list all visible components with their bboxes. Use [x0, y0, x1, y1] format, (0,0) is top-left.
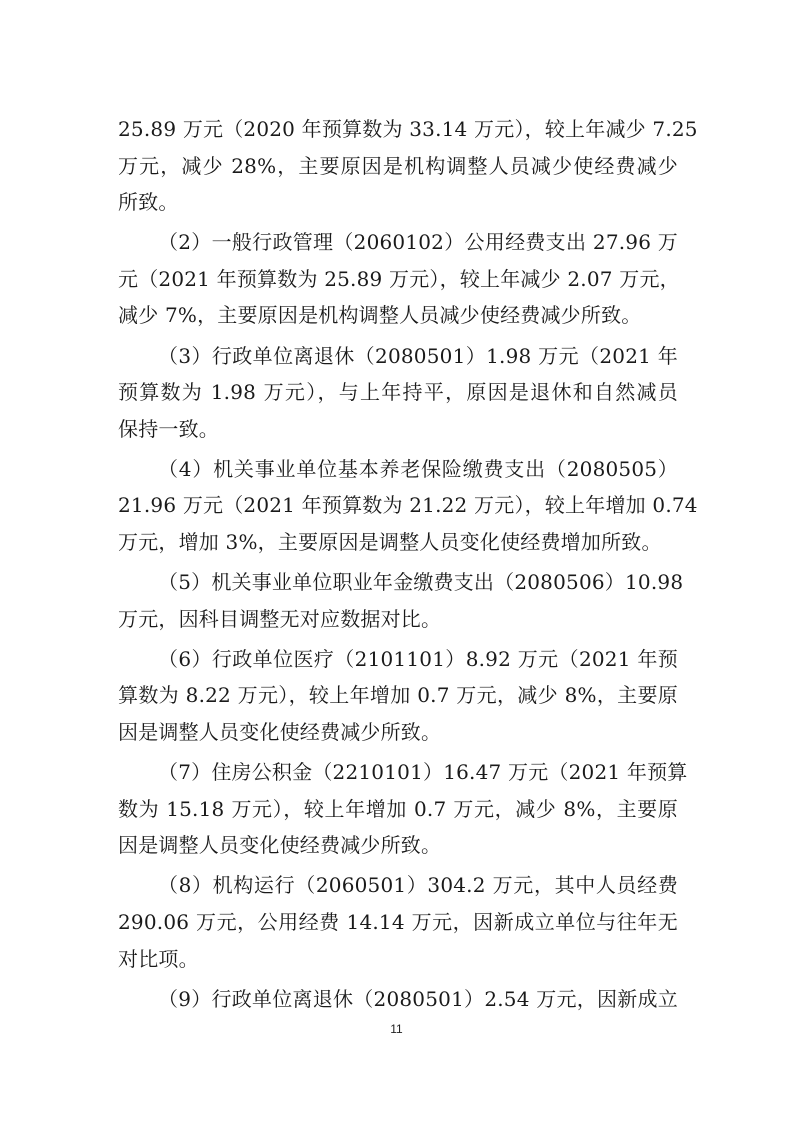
text-line: （8）机构运行（2060501）304.2 万元，其中人员经费 — [118, 867, 678, 904]
paragraph-item-2: （2）一般行政管理（2060102）公用经费支出 27.96 万 元（2021 … — [118, 224, 678, 334]
text-line: 数为 15.18 万元），较上年增加 0.7 万元，减少 8%，主要原 — [118, 791, 678, 828]
text-line: 万元，因科目调整无对应数据对比。 — [118, 601, 678, 638]
text-line: （7）住房公积金（2210101）16.47 万元（2021 年预算 — [118, 754, 678, 791]
text-line: （3）行政单位离退休（2080501）1.98 万元（2021 年 — [118, 338, 678, 375]
text-line: （6）行政单位医疗（2101101）8.92 万元（2021 年预 — [118, 641, 678, 678]
text-line: 万元，减少 28%，主要原因是机构调整人员减少使经费减少 — [118, 148, 678, 185]
paragraph-item-4: （4）机关事业单位基本养老保险缴费支出（2080505） 21.96 万元（20… — [118, 451, 678, 561]
paragraph-item-6: （6）行政单位医疗（2101101）8.92 万元（2021 年预 算数为 8.… — [118, 641, 678, 751]
text-line: （2）一般行政管理（2060102）公用经费支出 27.96 万 — [118, 224, 678, 261]
text-line: 减少 7%，主要原因是机构调整人员减少使经费减少所致。 — [118, 297, 678, 334]
text-line: 所致。 — [118, 184, 678, 221]
text-line: 元（2021 年预算数为 25.89 万元），较上年减少 2.07 万元， — [118, 261, 678, 298]
paragraph-item-9: （9）行政单位离退休（2080501）2.54 万元，因新成立 — [118, 981, 678, 1018]
text-line: 因是调整人员变化使经费减少所致。 — [118, 827, 678, 864]
text-line: 因是调整人员变化使经费减少所致。 — [118, 714, 678, 751]
text-line: 25.89 万元（2020 年预算数为 33.14 万元），较上年减少 7.25 — [118, 111, 678, 148]
paragraph-item-8: （8）机构运行（2060501）304.2 万元，其中人员经费 290.06 万… — [118, 867, 678, 977]
text-line: （9）行政单位离退休（2080501）2.54 万元，因新成立 — [118, 981, 678, 1018]
text-line: 290.06 万元，公用经费 14.14 万元，因新成立单位与往年无 — [118, 904, 678, 941]
paragraph-item-5: （5）机关事业单位职业年金缴费支出（2080506）10.98 万元，因科目调整… — [118, 564, 678, 637]
text-line: 万元，增加 3%，主要原因是调整人员变化使经费增加所致。 — [118, 524, 678, 561]
paragraph-1-continuation: 25.89 万元（2020 年预算数为 33.14 万元），较上年减少 7.25… — [118, 111, 678, 221]
document-body: 25.89 万元（2020 年预算数为 33.14 万元），较上年减少 7.25… — [118, 111, 678, 1021]
text-line: 21.96 万元（2021 年预算数为 21.22 万元），较上年增加 0.74 — [118, 487, 678, 524]
text-line: 保持一致。 — [118, 411, 678, 448]
text-line: 算数为 8.22 万元），较上年增加 0.7 万元，减少 8%，主要原 — [118, 677, 678, 714]
text-line: 预算数为 1.98 万元），与上年持平，原因是退休和自然减员 — [118, 374, 678, 411]
text-line: （5）机关事业单位职业年金缴费支出（2080506）10.98 — [118, 564, 678, 601]
page-number: 11 — [0, 1022, 793, 1036]
text-line: （4）机关事业单位基本养老保险缴费支出（2080505） — [118, 451, 678, 488]
paragraph-item-3: （3）行政单位离退休（2080501）1.98 万元（2021 年 预算数为 1… — [118, 338, 678, 448]
text-line: 对比项。 — [118, 941, 678, 978]
paragraph-item-7: （7）住房公积金（2210101）16.47 万元（2021 年预算 数为 15… — [118, 754, 678, 864]
